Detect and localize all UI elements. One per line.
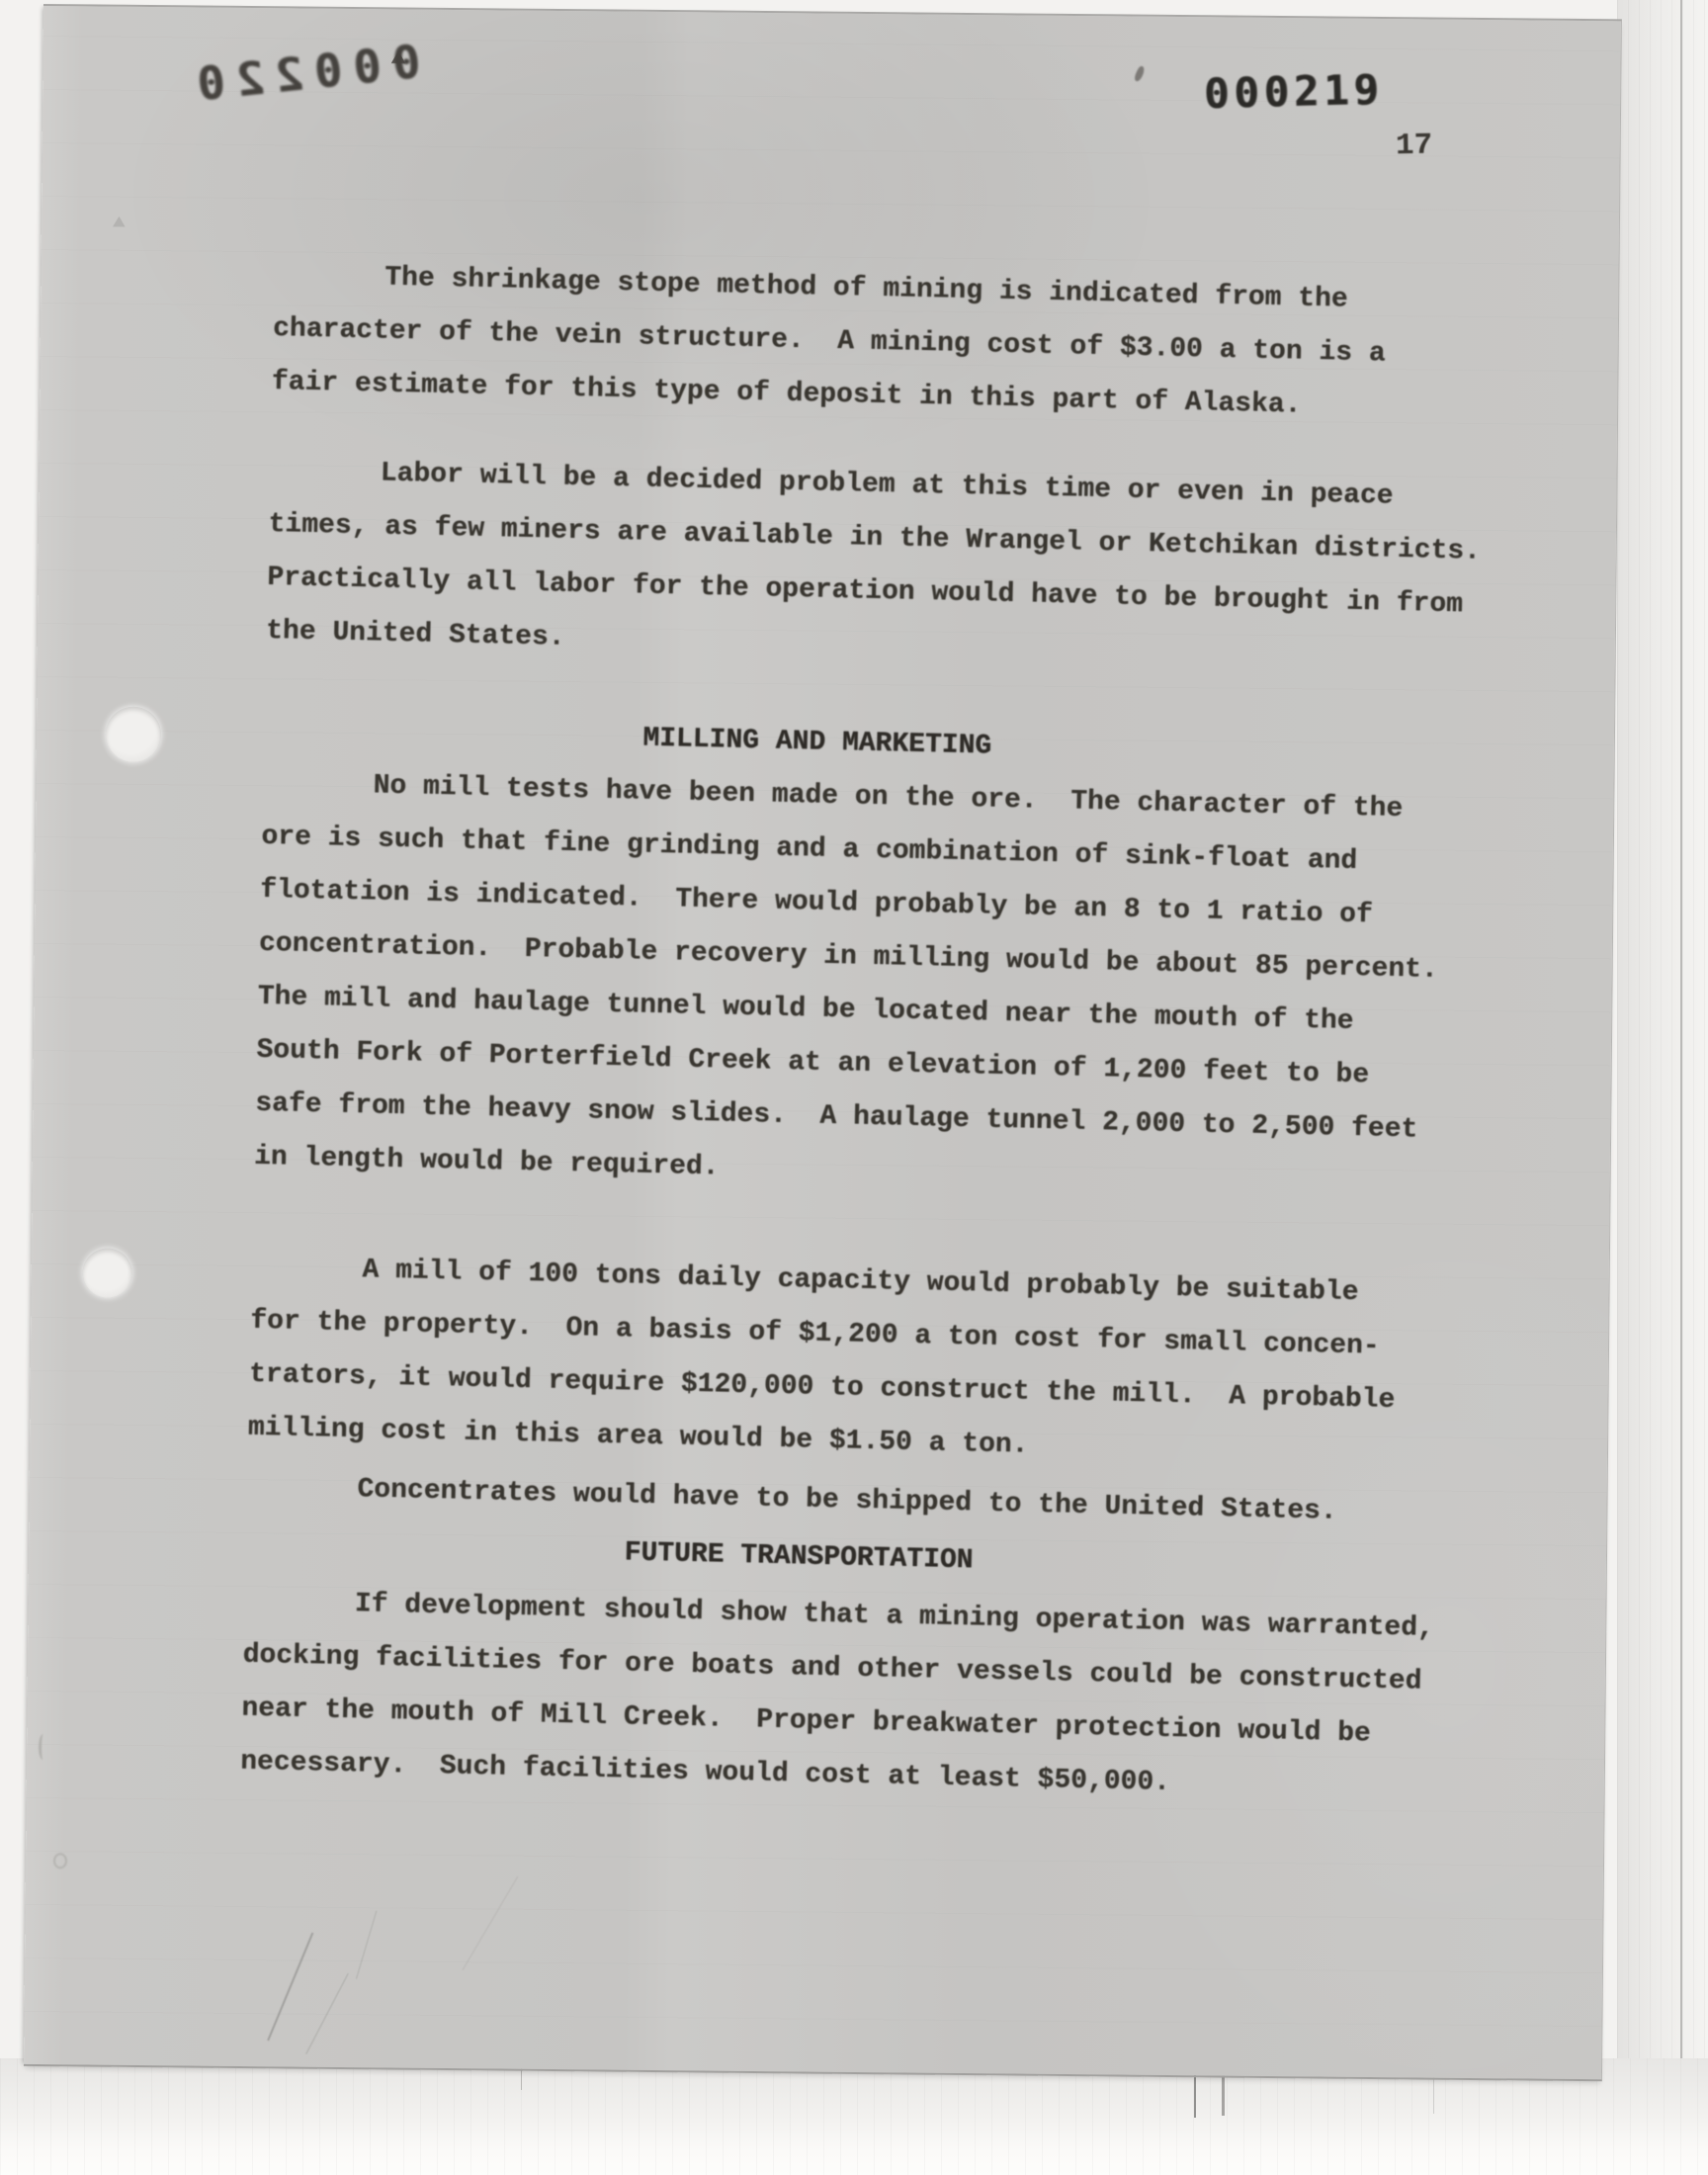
scanner-edge-line <box>1680 0 1682 2175</box>
punch-hole-top <box>106 707 162 763</box>
page-number: 17 <box>1396 130 1433 162</box>
paragraph: A mill of 100 tons daily capacity would … <box>247 1242 1507 1484</box>
pencil-mark <box>39 1734 47 1760</box>
scanned-page: 000220 000219 17 The shrinkage stope met… <box>0 0 1708 2175</box>
paper-speck <box>113 217 126 227</box>
paragraph: The shrinkage stope method of mining is … <box>271 249 1529 438</box>
paragraph: No mill tests have been made on the ore.… <box>254 757 1518 1213</box>
scratch-mark <box>305 1973 348 2054</box>
pencil-mark <box>53 1853 67 1869</box>
paragraph: Labor will be a decided problem at this … <box>266 445 1526 687</box>
typewritten-text: The shrinkage stope method of mining is … <box>240 249 1530 1817</box>
scratch-mark <box>267 1933 313 2042</box>
paragraph: If development should show that a mining… <box>240 1576 1500 1818</box>
scratch-mark <box>462 1876 518 1970</box>
punch-hole-bottom <box>82 1248 131 1297</box>
ink-speck <box>1133 65 1146 82</box>
scratch-mark <box>356 1911 377 1979</box>
stamp-top-right: 000219 <box>1203 69 1384 116</box>
scanner-margin-right <box>1617 0 1708 2175</box>
